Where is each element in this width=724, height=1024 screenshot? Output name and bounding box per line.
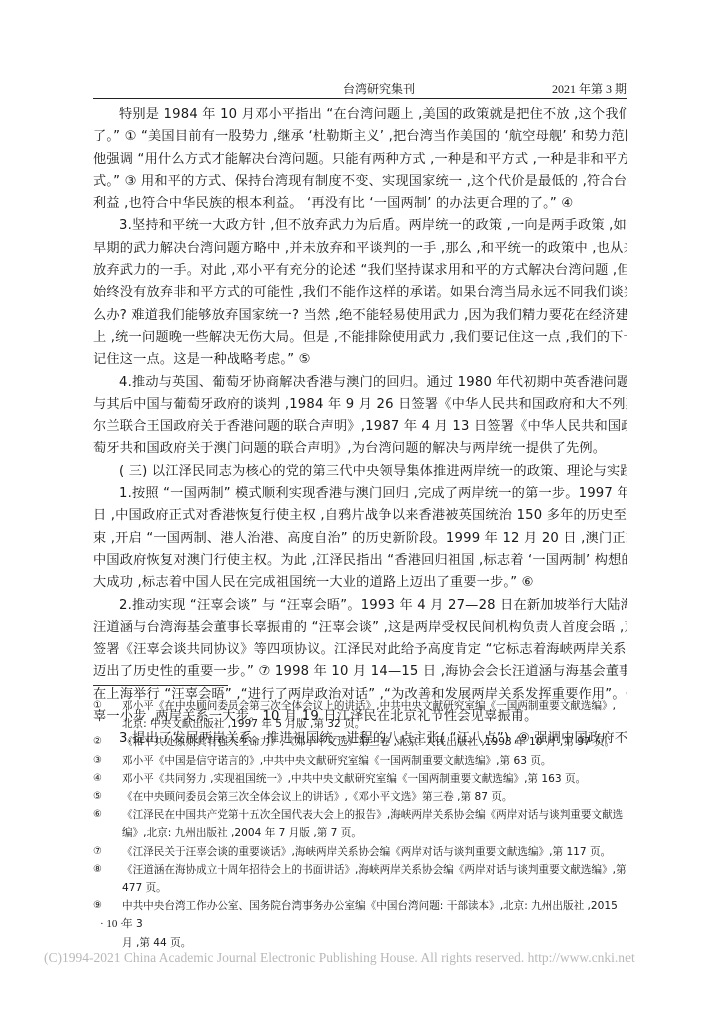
copyright-watermark: (C)1994-2021 China Academic Journal Elec… (44, 950, 635, 966)
footnote: ⑤《在中央顾问委员会第三次全体会议上的讲话》,《邓小平文选》第三卷 ,第 87 … (93, 788, 627, 806)
body-line: 萄牙共和国政府关于澳门问题的联合声明》,为台湾问题的解决与两岸统一提供了先例。 (93, 438, 627, 460)
body-line: 了。” ① “美国目前有一股势力 ,继承 ‘杜勒斯主义’ ,把台湾当作美国的 ‘… (93, 126, 627, 148)
footnote-number: ③ (93, 752, 113, 770)
footnote-text: 477 页。 (122, 879, 627, 897)
body-line: 尔兰联合王国政府关于香港问题的联合声明》,1987 年 4 月 13 日签署《中… (93, 416, 627, 438)
body-line: 式。” ③ 用和平的方式、保持台湾现有制度不变、实现国家统一 ,这个代价是最低的… (93, 171, 627, 193)
footnote: ④邓小平《共同努力 ,实现祖国统一》,中共中央文献研究室编《一国两制重要文献选编… (93, 770, 627, 788)
body-line: 1.按照 “一国两制” 模式顺利实现香港与澳门回归 ,完成了两岸统一的第一步。1… (93, 483, 627, 505)
footnote-number: ② (93, 733, 113, 751)
footnote-text: 邓小平《在中央顾问委员会第三次全体会议上的讲话》,中共中央文献研究室编《一国两制… (122, 697, 627, 715)
footnote: ⑥《江泽民在中国共产党第十五次全国代表大会上的报告》,海峡两岸关系协会编《两岸对… (93, 806, 627, 842)
body-line: 4.推动与英国、葡萄牙协商解决香港与澳门的回归。通过 1980 年代初期中英香港… (93, 372, 627, 394)
footnote: ②《和平共处原则具有强大生命力》,《邓小平文选》第三卷 ,北京: 人民出版社 ,… (93, 733, 627, 751)
footnote: ③邓小平《中国是信守诺言的》,中共中央文献研究室编《一国两制重要文献选编》,第 … (93, 752, 627, 770)
footnote-text: 《江泽民在中国共产党第十五次全国代表大会上的报告》,海峡两岸关系协会编《两岸对话… (122, 806, 627, 824)
footnote-number: ④ (93, 770, 113, 788)
footnote-number: ⑨ (93, 897, 113, 915)
body-line: 迈出了历史性的重要一步。” ⑦ 1998 年 10 月 14—15 日 ,海协会… (93, 661, 627, 683)
footnote: ⑦《江泽民关于汪辜会谈的重要谈话》,海峡两岸关系协会编《两岸对话与谈判重要文献选… (93, 843, 627, 861)
footnote: ⑨中共中央台湾工作办公室、国务院台湾事务办公室编《中国台湾问题: 干部读本》,北… (93, 897, 627, 952)
body-line: 特别是 1984 年 10 月邓小平指出 “在台湾问题上 ,美国的政策就是把住不… (93, 104, 627, 126)
body-line: 与其后中国与葡萄牙政府的谈判 ,1984 年 9 月 26 日签署《中华人民共和… (93, 394, 627, 416)
body-line: 日 ,中国政府正式对香港恢复行使主权 ,自鸦片战争以来香港被英国统治 150 多… (93, 505, 627, 527)
body-line: 汪道涵与台湾海基会董事长辜振甫的 “汪辜会谈” ,这是两岸受权民间机构负责人首度… (93, 617, 627, 639)
footnote: ①邓小平《在中央顾问委员会第三次全体会议上的讲话》,中共中央文献研究室编《一国两… (93, 697, 627, 733)
body-line: 3.坚持和平统一大政方针 ,但不放弃武力为后盾。两岸统一的政策 ,一向是两手政策… (93, 215, 627, 237)
header-divider (93, 98, 627, 99)
body-line: 放弃武力的一手。对此 ,邓小平有充分的论述 “我们坚持谋求用和平的方式解决台湾问… (93, 260, 627, 282)
section-heading: ( 三) 以江泽民同志为核心的党的第三代中央领导集体推进两岸统一的政策、理论与实… (93, 461, 627, 483)
footnotes: ①邓小平《在中央顾问委员会第三次全体会议上的讲话》,中共中央文献研究室编《一国两… (93, 697, 627, 952)
body-line: 利益 ,也符合中华民族的根本利益。 ‘再没有比 ‘一国两制’ 的办法更合理的了。… (93, 193, 627, 215)
footnote-text: 编》,北京: 九州出版社 ,2004 年 7 月版 ,第 7 页。 (122, 824, 627, 842)
body-line: 记住这一点。这是一种战略考虑。” ⑤ (93, 349, 627, 371)
footnote-text: 邓小平《共同努力 ,实现祖国统一》,中共中央文献研究室编《一国两制重要文献选编》… (122, 770, 627, 788)
footnote-text: 北京: 中央文献出版社 ,1997 年 5 月版 ,第 32 页。 (122, 715, 627, 733)
footnote-divider (93, 685, 228, 686)
body-line: 中国政府恢复对澳门行使主权。为此 ,江泽民指出 “香港回归祖国 ,标志着 ‘一国… (93, 550, 627, 572)
body-line: 早期的武力解决台湾问题方略中 ,并未放弃和平谈判的一手 ,那么 ,和平统一的政策… (93, 238, 627, 260)
footnote-number: ⑦ (93, 843, 113, 861)
footnote-text: 《在中央顾问委员会第三次全体会议上的讲话》,《邓小平文选》第三卷 ,第 87 页… (122, 788, 627, 806)
footnote-text: 《江泽民关于汪辜会谈的重要谈话》,海峡两岸关系协会编《两岸对话与谈判重要文献选编… (122, 843, 627, 861)
body-line: 始终没有放弃非和平方式的可能性 ,我们不能作这样的承诺。如果台湾当局永远不同我们… (93, 282, 627, 304)
footnote-text: 中共中央台湾工作办公室、国务院台湾事务办公室编《中国台湾问题: 干部读本》,北京… (122, 897, 627, 933)
footnote-text: 《汪道涵在海协成立十周年招待会上的书面讲话》,海峡两岸关系协会编《两岸对话与谈判… (122, 861, 627, 879)
body-line: 2.推动实现 “汪辜会谈” 与 “汪辜会晤”。1993 年 4 月 27—28 … (93, 595, 627, 617)
footnote: ⑧《汪道涵在海协成立十周年招待会上的书面讲话》,海峡两岸关系协会编《两岸对话与谈… (93, 861, 627, 897)
body-line: 签署《汪辜会谈共同协议》等四项协议。江泽民对此给予高度肯定 “它标志着海峡两岸关… (93, 639, 627, 661)
body-line: 束 ,开启 “一国两制、港人治港、高度自治” 的历史新阶段。1999 年 12 … (93, 528, 627, 550)
journal-title: 台湾研究集刊 (343, 80, 415, 97)
running-header: 台湾研究集刊 2021 年第 3 期 (93, 78, 627, 98)
page-number: · 10 · (100, 918, 124, 930)
body-text: 特别是 1984 年 10 月邓小平指出 “在台湾问题上 ,美国的政策就是把住不… (93, 104, 627, 751)
body-line: 么办? 难道我们能够放弃国家统一? 当然 ,绝不能轻易使用武力 ,因为我们精力要… (93, 305, 627, 327)
footnote-number: ① (93, 697, 113, 715)
footnote-number: ⑥ (93, 806, 113, 824)
body-line: 大成功 ,标志着中国人民在完成祖国统一大业的道路上迈出了重要一步。” ⑥ (93, 572, 627, 594)
journal-page: 台湾研究集刊 2021 年第 3 期 特别是 1984 年 10 月邓小平指出 … (0, 0, 724, 1024)
footnote-text: 《和平共处原则具有强大生命力》,《邓小平文选》第三卷 ,北京: 人民出版社 ,1… (122, 733, 627, 751)
footnote-text: 邓小平《中国是信守诺言的》,中共中央文献研究室编《一国两制重要文献选编》,第 6… (122, 752, 627, 770)
footnote-number: ⑤ (93, 788, 113, 806)
footnote-number: ⑧ (93, 861, 113, 879)
body-line: 上 ,统一问题晚一些解决无伤大局。但是 ,不能排除使用武力 ,我们要记住这一点 … (93, 327, 627, 349)
body-line: 他强调 “用什么方式才能解决台湾问题。只能有两种方式 ,一种是和平方式 ,一种是… (93, 149, 627, 171)
issue-label: 2021 年第 3 期 (552, 80, 627, 97)
